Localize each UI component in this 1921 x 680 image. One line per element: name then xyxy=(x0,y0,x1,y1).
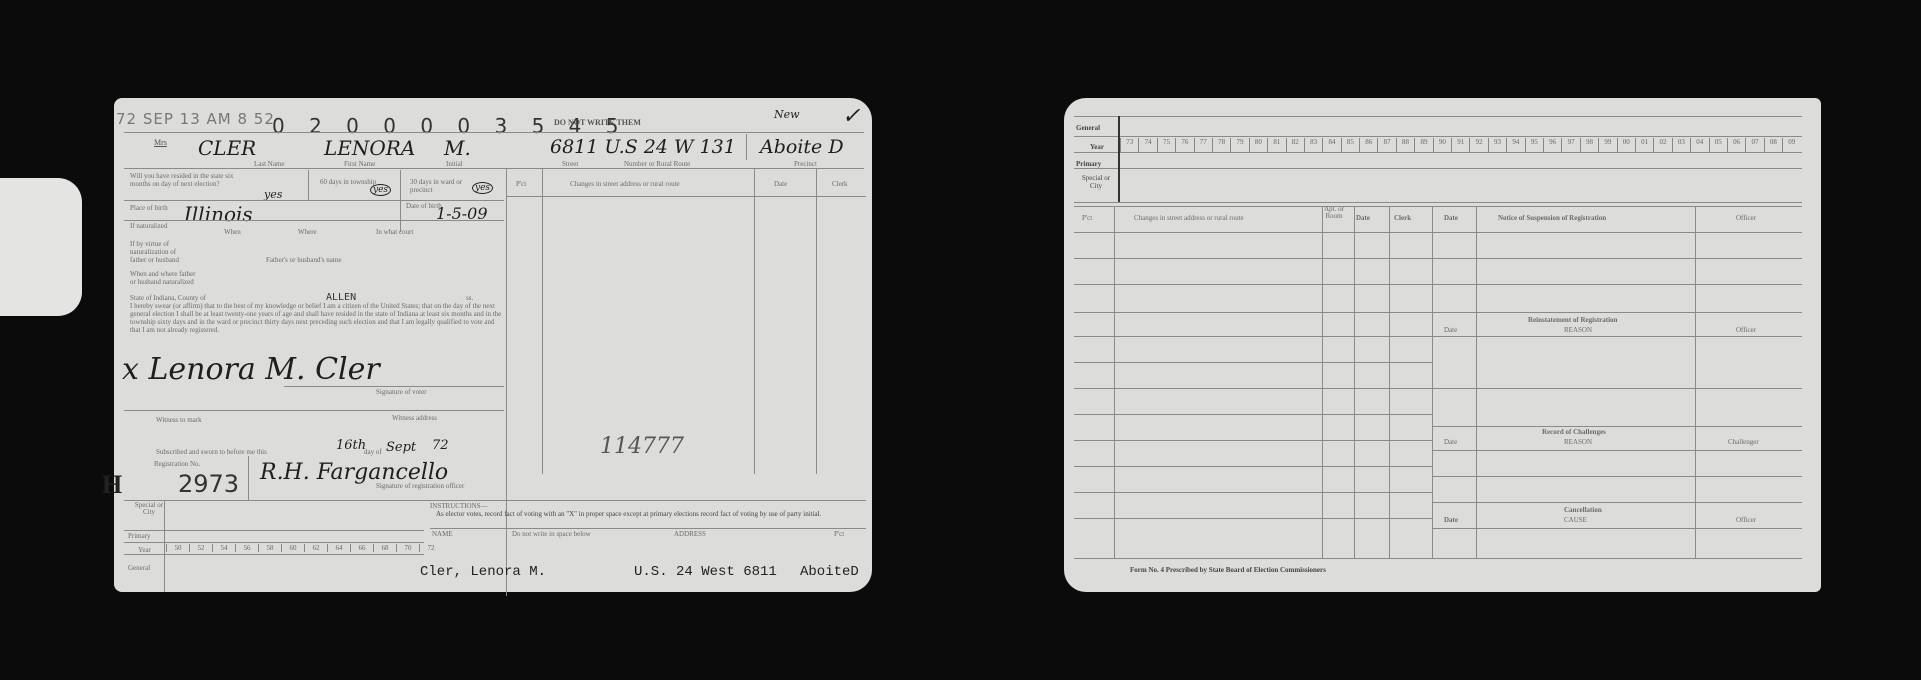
label-signature-voter: Signature of voter xyxy=(376,388,427,396)
label-last-name: Last Name xyxy=(254,160,285,168)
col-pct-bottom: P'ct xyxy=(834,530,844,538)
label-when-where-father: When and where father or husband natural… xyxy=(130,270,202,286)
side-letter: H xyxy=(102,470,122,500)
col-suspension-officer: Officer xyxy=(1736,214,1756,222)
voter-registration-card-back: General Year Primary Special or City 73 … xyxy=(1064,98,1821,592)
year-cell: 74 xyxy=(1138,138,1156,152)
first-name-value: LENORA xyxy=(324,136,415,160)
year-cell: 96 xyxy=(1543,138,1561,152)
label-resided-question: Will you have resided in the state six m… xyxy=(130,172,248,188)
year-cell: 09 xyxy=(1782,138,1800,152)
year-cell: 82 xyxy=(1286,138,1304,152)
year-cell: 97 xyxy=(1561,138,1579,152)
col-date: Date xyxy=(774,180,787,188)
row-general: General xyxy=(128,564,150,572)
year-cell: 52 xyxy=(189,544,212,552)
year-cell: 66 xyxy=(350,544,373,552)
place-of-birth-value: Illinois xyxy=(184,202,253,226)
year-cell: 83 xyxy=(1304,138,1322,152)
title-prefix: Mrs xyxy=(154,138,167,147)
col-date: Date xyxy=(1356,214,1370,222)
label-naturalized: If naturalized xyxy=(130,222,170,230)
label-subscribed: Subscribed and sworn to before me this xyxy=(156,448,267,456)
row-general: General xyxy=(1076,124,1100,132)
year-cell: 92 xyxy=(1469,138,1487,152)
checkmark-icon: ✓ xyxy=(842,104,860,129)
reinstatement-title: Reinstatement of Registration xyxy=(1528,316,1617,324)
year-cell: 89 xyxy=(1414,138,1432,152)
col-reinstatement-officer: Officer xyxy=(1736,326,1756,334)
year-cell: 07 xyxy=(1745,138,1763,152)
year-cell: 79 xyxy=(1230,138,1248,152)
col-address: ADDRESS xyxy=(674,530,706,538)
year-cell: 58 xyxy=(258,544,281,552)
year-cell: 62 xyxy=(304,544,327,552)
instructions-title: INSTRUCTIONS— xyxy=(430,502,488,510)
label-by-virtue: If by virtue of naturalization of father… xyxy=(130,240,194,264)
pencil-number: 114777 xyxy=(600,434,684,459)
typed-name: Cler, Lenora M. xyxy=(420,564,546,580)
instructions-text: As elector votes, record fact of voting … xyxy=(436,510,856,518)
precinct-value: Aboite D xyxy=(760,136,844,158)
row-year: Year xyxy=(1090,143,1104,151)
year-cell: 75 xyxy=(1157,138,1175,152)
label-witness-mark: Witness to mark xyxy=(156,416,202,424)
year-cell: 91 xyxy=(1451,138,1469,152)
label-registration-no: Registration No. xyxy=(154,460,200,468)
col-challenge-reason: REASON xyxy=(1564,438,1592,446)
col-reinstatement-date: Date xyxy=(1444,326,1457,334)
typed-address: U.S. 24 West 6811 xyxy=(634,564,777,580)
label-number-route: Number or Rural Route xyxy=(624,160,690,168)
col-name: NAME xyxy=(432,530,453,538)
year-cell: 03 xyxy=(1672,138,1690,152)
street-value: 6811 U.S 24 W 131 xyxy=(550,136,736,158)
year-cell: 78 xyxy=(1212,138,1230,152)
col-reinstatement-reason: REASON xyxy=(1564,326,1592,334)
year-cell: 87 xyxy=(1377,138,1395,152)
label-street: Street xyxy=(562,160,578,168)
label-place-of-birth: Place of birth xyxy=(130,204,170,212)
last-name-value: CLER xyxy=(198,136,256,160)
do-not-write-note: Do not write in space below xyxy=(512,530,591,538)
label-days-township: 60 days in township xyxy=(320,178,380,186)
year-cell: 01 xyxy=(1635,138,1653,152)
adjacent-card-edge xyxy=(0,178,82,316)
year-cell: 90 xyxy=(1433,138,1451,152)
col-clerk: Clerk xyxy=(832,180,848,188)
row-primary: Primary xyxy=(1076,160,1101,168)
label-days-ward: 30 days in ward or precinct xyxy=(410,178,480,194)
cancellation-title: Cancellation xyxy=(1564,506,1602,514)
year-cell: 56 xyxy=(235,544,258,552)
challenges-title: Record of Challenges xyxy=(1542,428,1606,436)
ward-answer: yes xyxy=(472,182,493,194)
year-cell: 94 xyxy=(1506,138,1524,152)
col-cancellation-cause: CAUSE xyxy=(1564,516,1587,524)
col-changes-address: Changes in street address or rural route xyxy=(570,180,680,188)
voter-registration-card-front: 72 SEP 13 AM 8 52 0 2 0 0 0 0 3 5 4 5 DO… xyxy=(114,98,872,592)
year-cell: 05 xyxy=(1709,138,1727,152)
sworn-month: Sept xyxy=(386,440,416,455)
label-first-name: First Name xyxy=(344,160,375,168)
label-state-county: State of Indiana, County of xyxy=(130,294,206,302)
col-apt-room: Apt. or Room xyxy=(1320,206,1348,220)
col-cancellation-officer: Officer xyxy=(1736,516,1756,524)
label-fathers-name: Father's or husband's name xyxy=(266,256,341,264)
township-answer: yes xyxy=(370,184,391,196)
col-suspension-date: Date xyxy=(1444,214,1458,222)
label-day-of: day of xyxy=(364,448,382,456)
year-cell: 77 xyxy=(1194,138,1212,152)
year-cell: 85 xyxy=(1341,138,1359,152)
year-cell: 80 xyxy=(1249,138,1267,152)
year-cell: 76 xyxy=(1175,138,1193,152)
col-cancellation-date: Date xyxy=(1444,516,1458,524)
new-note: New xyxy=(774,108,800,121)
year-cell: 86 xyxy=(1359,138,1377,152)
year-cell: 93 xyxy=(1488,138,1506,152)
col-pct: P'ct xyxy=(1082,214,1092,222)
year-cell: 08 xyxy=(1764,138,1782,152)
year-cell: 50 xyxy=(166,544,189,552)
label-witness-address: Witness address xyxy=(392,414,437,422)
registration-number: 2973 xyxy=(178,470,239,498)
col-pct: P'ct xyxy=(516,180,526,188)
header-notice: DO NOT WRITE THEM xyxy=(554,118,641,127)
year-cell: 54 xyxy=(212,544,235,552)
year-cell: 88 xyxy=(1396,138,1414,152)
col-suspension-notice: Notice of Suspension of Registration xyxy=(1498,214,1606,222)
row-year: Year xyxy=(138,546,151,554)
col-clerk: Clerk xyxy=(1394,214,1411,222)
year-cell: 68 xyxy=(373,544,396,552)
received-timestamp-stamp: 72 SEP 13 AM 8 52 xyxy=(116,110,275,128)
sworn-year: 72 xyxy=(432,438,449,453)
oath-text: I hereby swear (or affirm) that to the b… xyxy=(130,302,506,334)
year-cell: 70 xyxy=(396,544,419,552)
form-footer: Form No. 4 Prescribed by State Board of … xyxy=(1130,566,1326,574)
label-in-what-court: In what court xyxy=(376,228,413,236)
voter-signature: x Lenora M. Cler xyxy=(122,352,380,387)
year-cell: 99 xyxy=(1598,138,1616,152)
row-primary: Primary xyxy=(128,532,151,540)
year-cell: 64 xyxy=(327,544,350,552)
year-cell: 60 xyxy=(281,544,304,552)
year-cell: 02 xyxy=(1653,138,1671,152)
year-cell: 73 xyxy=(1120,138,1138,152)
sworn-day: 16th xyxy=(336,438,366,453)
year-cell: 84 xyxy=(1322,138,1340,152)
label-initial: Initial xyxy=(446,160,463,168)
year-cell: 98 xyxy=(1580,138,1598,152)
col-challenge-date: Date xyxy=(1444,438,1457,446)
year-cell: 04 xyxy=(1690,138,1708,152)
label-when: When xyxy=(224,228,241,236)
year-cell: 81 xyxy=(1267,138,1285,152)
initial-value: M. xyxy=(444,136,471,160)
row-special-city: Special or City xyxy=(132,502,166,516)
year-cell: 00 xyxy=(1617,138,1635,152)
year-cell: 72 xyxy=(419,544,442,552)
label-ss: ss. xyxy=(466,294,473,302)
row-special-city: Special or City xyxy=(1078,174,1114,190)
label-precinct: Precinct xyxy=(794,160,817,168)
year-cell: 95 xyxy=(1525,138,1543,152)
label-signature-officer: Signature of registration officer xyxy=(376,482,464,490)
typed-precinct: AboiteD xyxy=(800,564,859,580)
col-changes-address: Changes in street address or rural route xyxy=(1134,214,1244,222)
col-challenger: Challenger xyxy=(1728,438,1759,446)
year-cell: 06 xyxy=(1727,138,1745,152)
label-where: Where xyxy=(298,228,317,236)
